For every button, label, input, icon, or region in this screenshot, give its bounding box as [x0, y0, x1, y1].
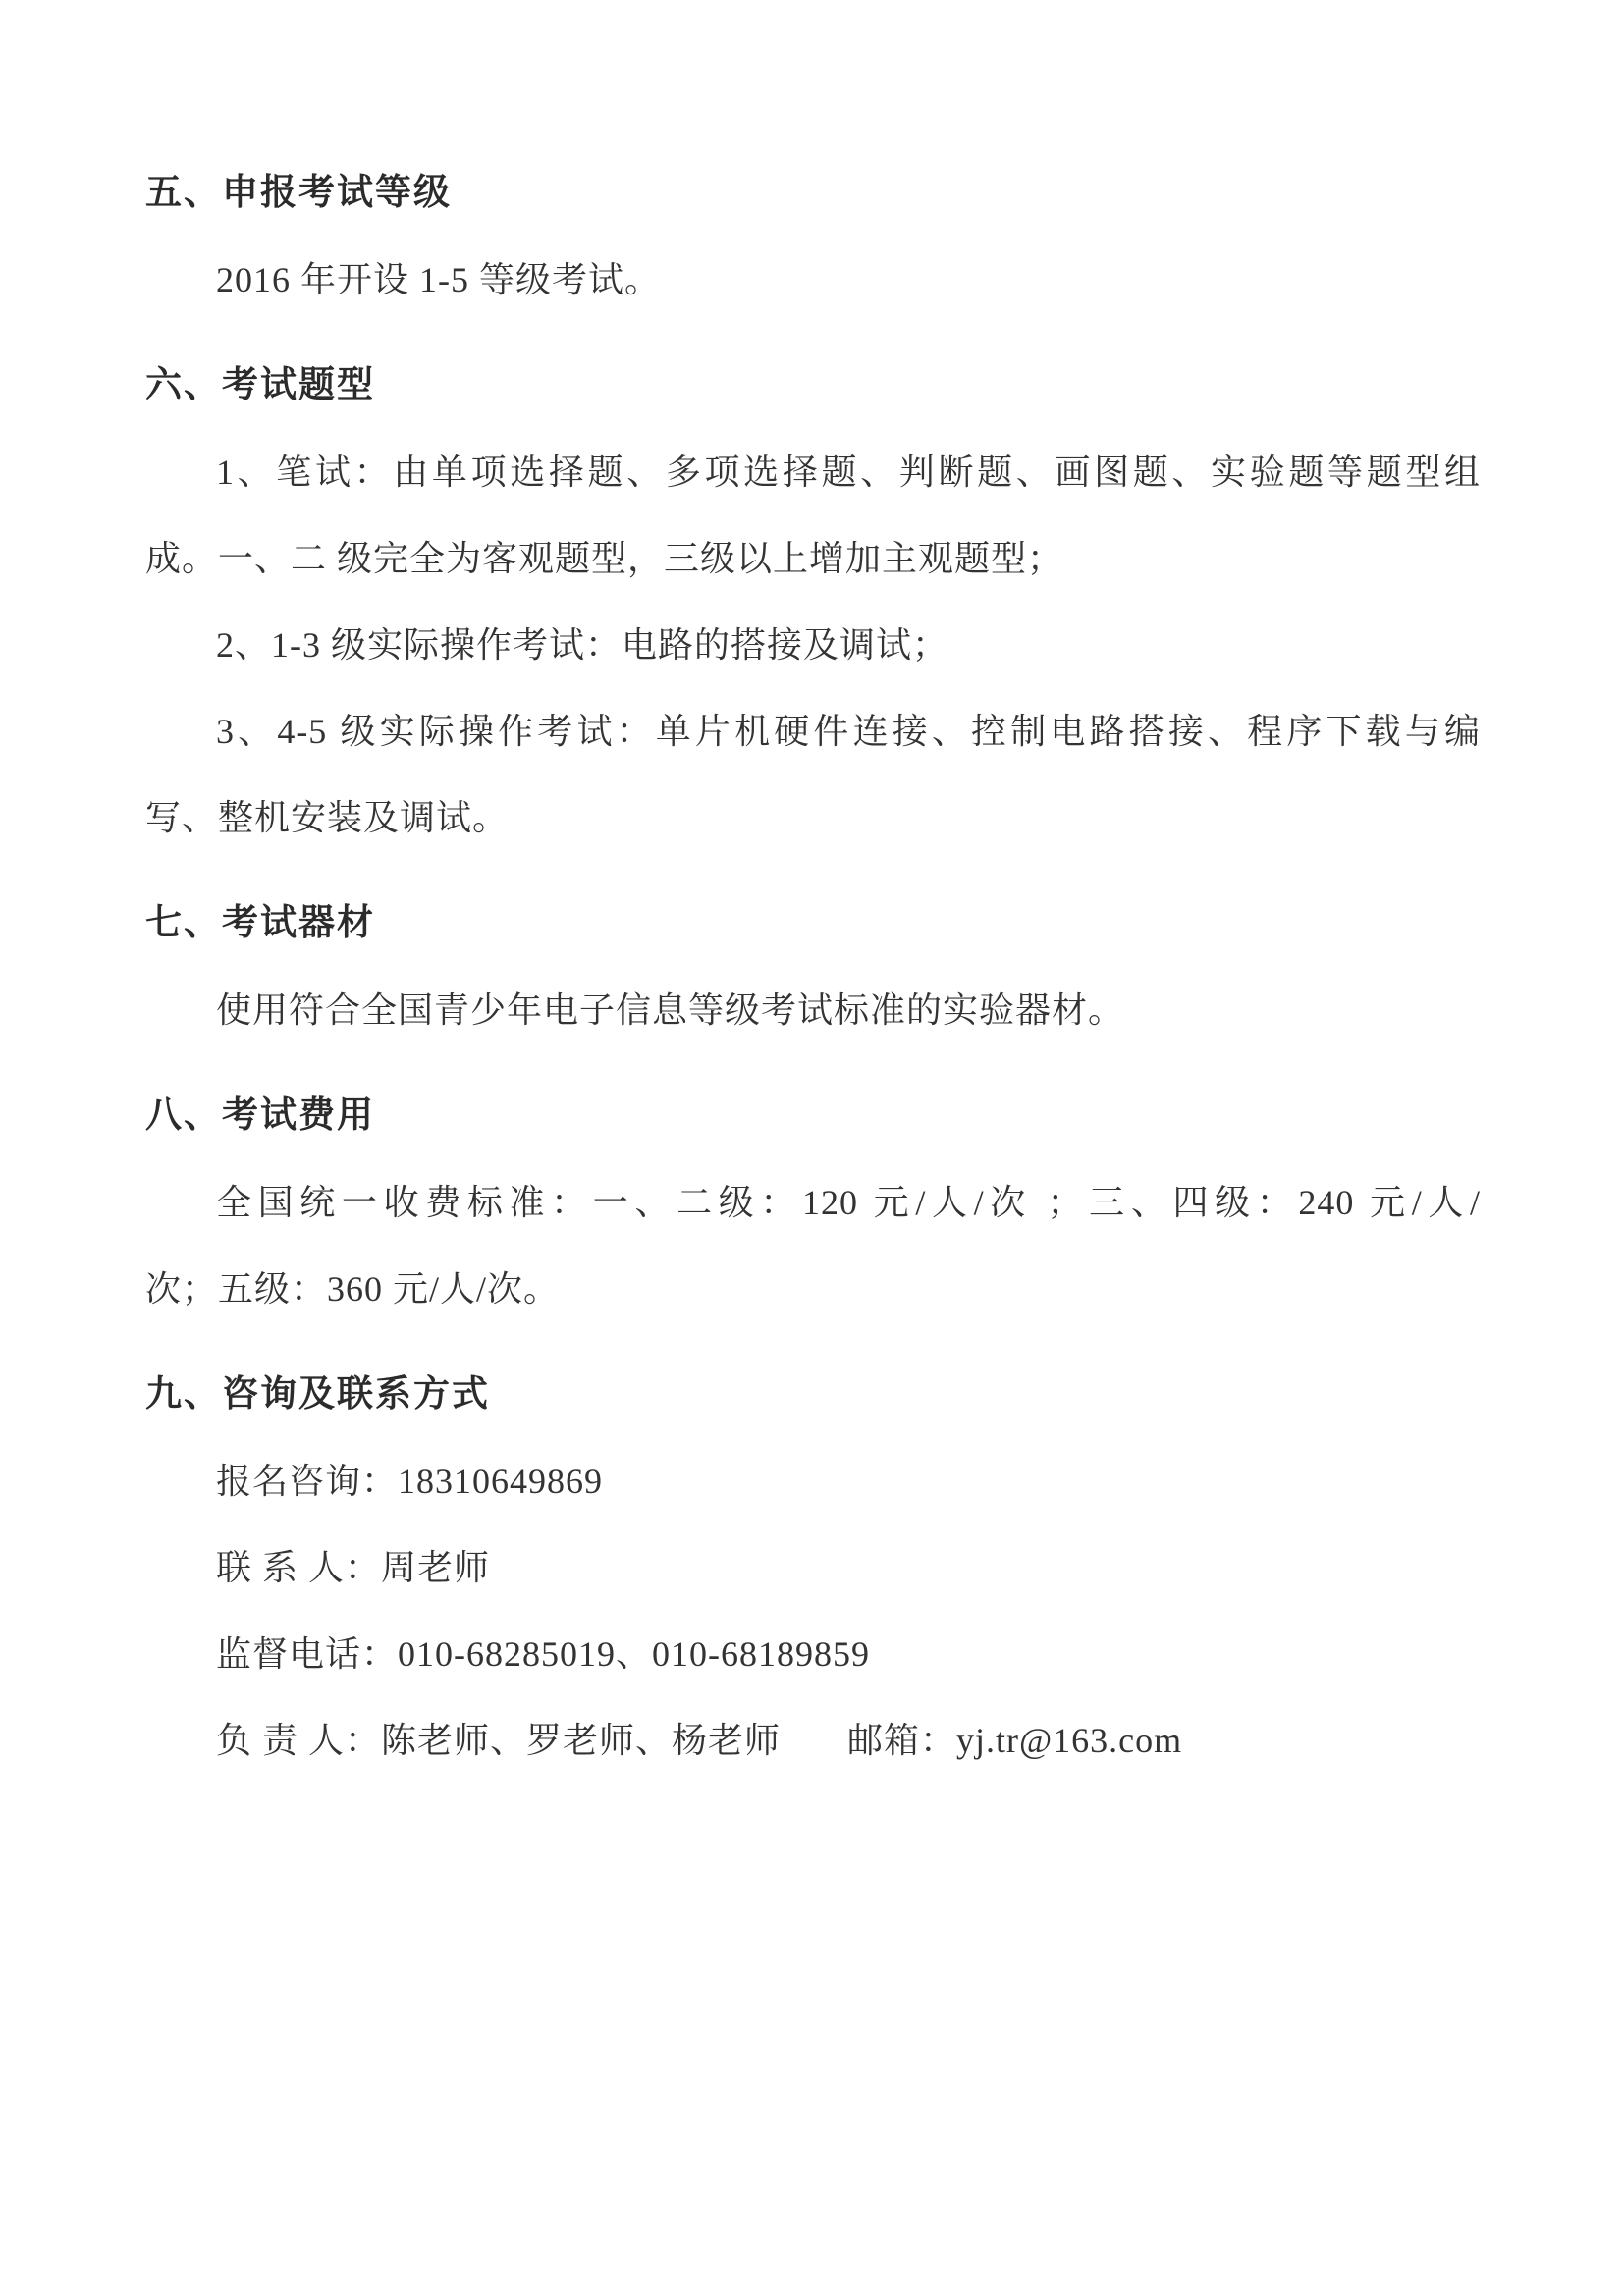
paragraph-line: 写、整机安装及调试。 — [145, 774, 1481, 861]
document-page: 五、申报考试等级 2016 年开设 1-5 等级考试。 六、考试题型 1、笔试：… — [0, 0, 1624, 2296]
contact-line-contact-person: 联 系 人：周老师 — [145, 1524, 1481, 1611]
email-label: 邮箱：yj.tr@163.com — [847, 1721, 1182, 1760]
contact-line-supervision-phone: 监督电话：010-68285019、010-68189859 — [145, 1611, 1481, 1697]
section-heading: 六、考试题型 — [145, 343, 1481, 429]
contact-line-registration-phone: 报名咨询：18310649869 — [145, 1438, 1481, 1524]
responsible-persons-text: 负 责 人：陈老师、罗老师、杨老师 — [216, 1721, 781, 1760]
section-heading: 八、考试费用 — [145, 1073, 1481, 1159]
paragraph-line: 全国统一收费标准：一、二级：120 元/人/次 ；三、四级：240 元/人/ — [145, 1159, 1481, 1246]
section-heading: 五、申报考试等级 — [145, 150, 1481, 237]
document-content: 五、申报考试等级 2016 年开设 1-5 等级考试。 六、考试题型 1、笔试：… — [0, 0, 1624, 1784]
paragraph-line: 2、1-3 级实际操作考试：电路的搭接及调试； — [145, 602, 1481, 688]
paragraph-line: 成。一、二 级完全为客观题型，三级以上增加主观题型； — [145, 515, 1481, 602]
contact-line-responsible-persons: 负 责 人：陈老师、罗老师、杨老师 邮箱：yj.tr@163.com — [145, 1697, 1481, 1784]
paragraph-line: 3、4-5 级实际操作考试：单片机硬件连接、控制电路搭接、程序下载与编 — [145, 688, 1481, 774]
section-exam-levels: 五、申报考试等级 2016 年开设 1-5 等级考试。 — [145, 150, 1481, 323]
section-heading: 七、考试器材 — [145, 881, 1481, 967]
section-heading: 九、咨询及联系方式 — [145, 1352, 1481, 1438]
section-exam-equipment: 七、考试器材 使用符合全国青少年电子信息等级考试标准的实验器材。 — [145, 881, 1481, 1053]
paragraph-line: 使用符合全国青少年电子信息等级考试标准的实验器材。 — [145, 967, 1481, 1053]
section-question-types: 六、考试题型 1、笔试：由单项选择题、多项选择题、判断题、画图题、实验题等题型组… — [145, 343, 1481, 861]
paragraph-line: 2016 年开设 1-5 等级考试。 — [145, 237, 1481, 323]
paragraph-line: 1、笔试：由单项选择题、多项选择题、判断题、画图题、实验题等题型组 — [145, 429, 1481, 515]
section-exam-fees: 八、考试费用 全国统一收费标准：一、二级：120 元/人/次 ；三、四级：240… — [145, 1073, 1481, 1332]
paragraph-line: 次；五级：360 元/人/次。 — [145, 1246, 1481, 1332]
section-contact-info: 九、咨询及联系方式 报名咨询：18310649869 联 系 人：周老师 监督电… — [145, 1352, 1481, 1784]
